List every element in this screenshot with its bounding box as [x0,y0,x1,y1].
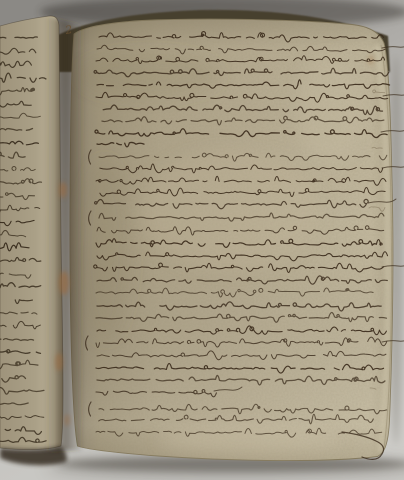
paper-blotch [140,150,320,270]
paper-blotch [79,160,131,340]
gutter-shadow [44,16,86,452]
foxing-stain [59,182,67,198]
foxing-stain [64,414,70,426]
manuscript-photo: 2 [0,0,404,480]
foxing-stain [59,271,69,295]
foxing-stain [55,353,63,371]
book: 2 [0,0,404,480]
